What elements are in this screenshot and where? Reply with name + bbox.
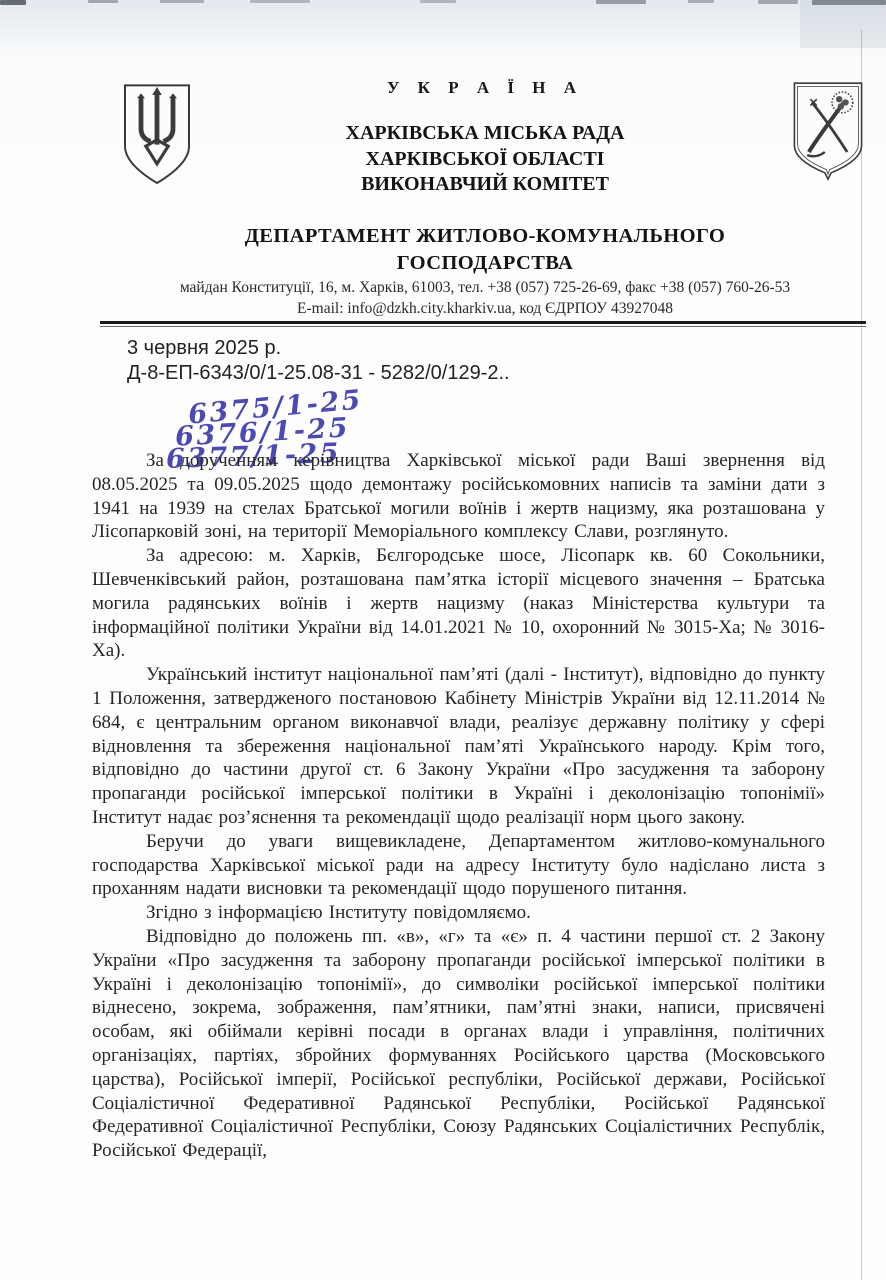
body-paragraph-5: Згідно з інформацією Інституту повідомля… (92, 901, 825, 925)
body-paragraph-6: Відповідно до положень пп. «в», «г» та «… (92, 925, 825, 1163)
scan-edge-mark (420, 0, 456, 3)
header-divider-echo (100, 326, 866, 327)
scan-edge-mark (688, 0, 714, 3)
letter-body: За дорученням керівництва Харківської мі… (92, 449, 825, 1163)
contact-address-line: майдан Конституції, 16, м. Харків, 61003… (60, 279, 886, 297)
org-line-3: ВИКОНАВЧИЙ КОМІТЕТ (100, 172, 870, 198)
body-paragraph-3: Український інститут національної пам’ят… (92, 663, 825, 830)
body-paragraph-2: За адресою: м. Харків, Бєлгородське шосе… (92, 544, 825, 663)
scan-edge-mark (160, 0, 204, 3)
department-name: ДЕПАРТАМЕНТ ЖИТЛОВО-КОМУНАЛЬНОГО ГОСПОДА… (100, 223, 870, 277)
scan-edge-mark (250, 0, 310, 3)
scan-edge-mark (0, 0, 26, 5)
scanned-letter-page: У К Р А Ї Н А ХАРКІВСЬКА МІСЬКА РАДА ХАР… (0, 0, 886, 1280)
header-divider (100, 321, 866, 324)
department-line-1: ДЕПАРТАМЕНТ ЖИТЛОВО-КОМУНАЛЬНОГО (100, 223, 870, 250)
country-title: У К Р А Ї Н А (100, 78, 870, 98)
body-paragraph-1: За дорученням керівництва Харківської мі… (92, 449, 825, 544)
scan-smudge-top-right (800, 0, 886, 48)
org-line-1: ХАРКІВСЬКА МІСЬКА РАДА (100, 121, 870, 147)
scan-edge-mark (88, 0, 118, 3)
scan-edge-mark (596, 0, 646, 4)
letter-reference-number: Д-8-ЕП-6343/0/1-25.08-31 - 5282/0/129-2.… (127, 362, 510, 385)
body-paragraph-4: Беручи до уваги вищевикладене, Департаме… (92, 830, 825, 901)
department-line-2: ГОСПОДАРСТВА (100, 250, 870, 277)
contact-email-line: E-mail: info@dzkh.city.kharkiv.ua, код Є… (60, 300, 886, 318)
scan-top-shading (0, 0, 886, 58)
scan-vertical-line (861, 30, 862, 1280)
scan-edge-mark (758, 0, 798, 4)
organization-name: ХАРКІВСЬКА МІСЬКА РАДА ХАРКІВСЬКОЇ ОБЛАС… (100, 121, 870, 198)
scan-edge-mark (812, 0, 886, 5)
org-line-2: ХАРКІВСЬКОЇ ОБЛАСТІ (100, 147, 870, 173)
letter-date: 3 червня 2025 р. (127, 337, 281, 360)
